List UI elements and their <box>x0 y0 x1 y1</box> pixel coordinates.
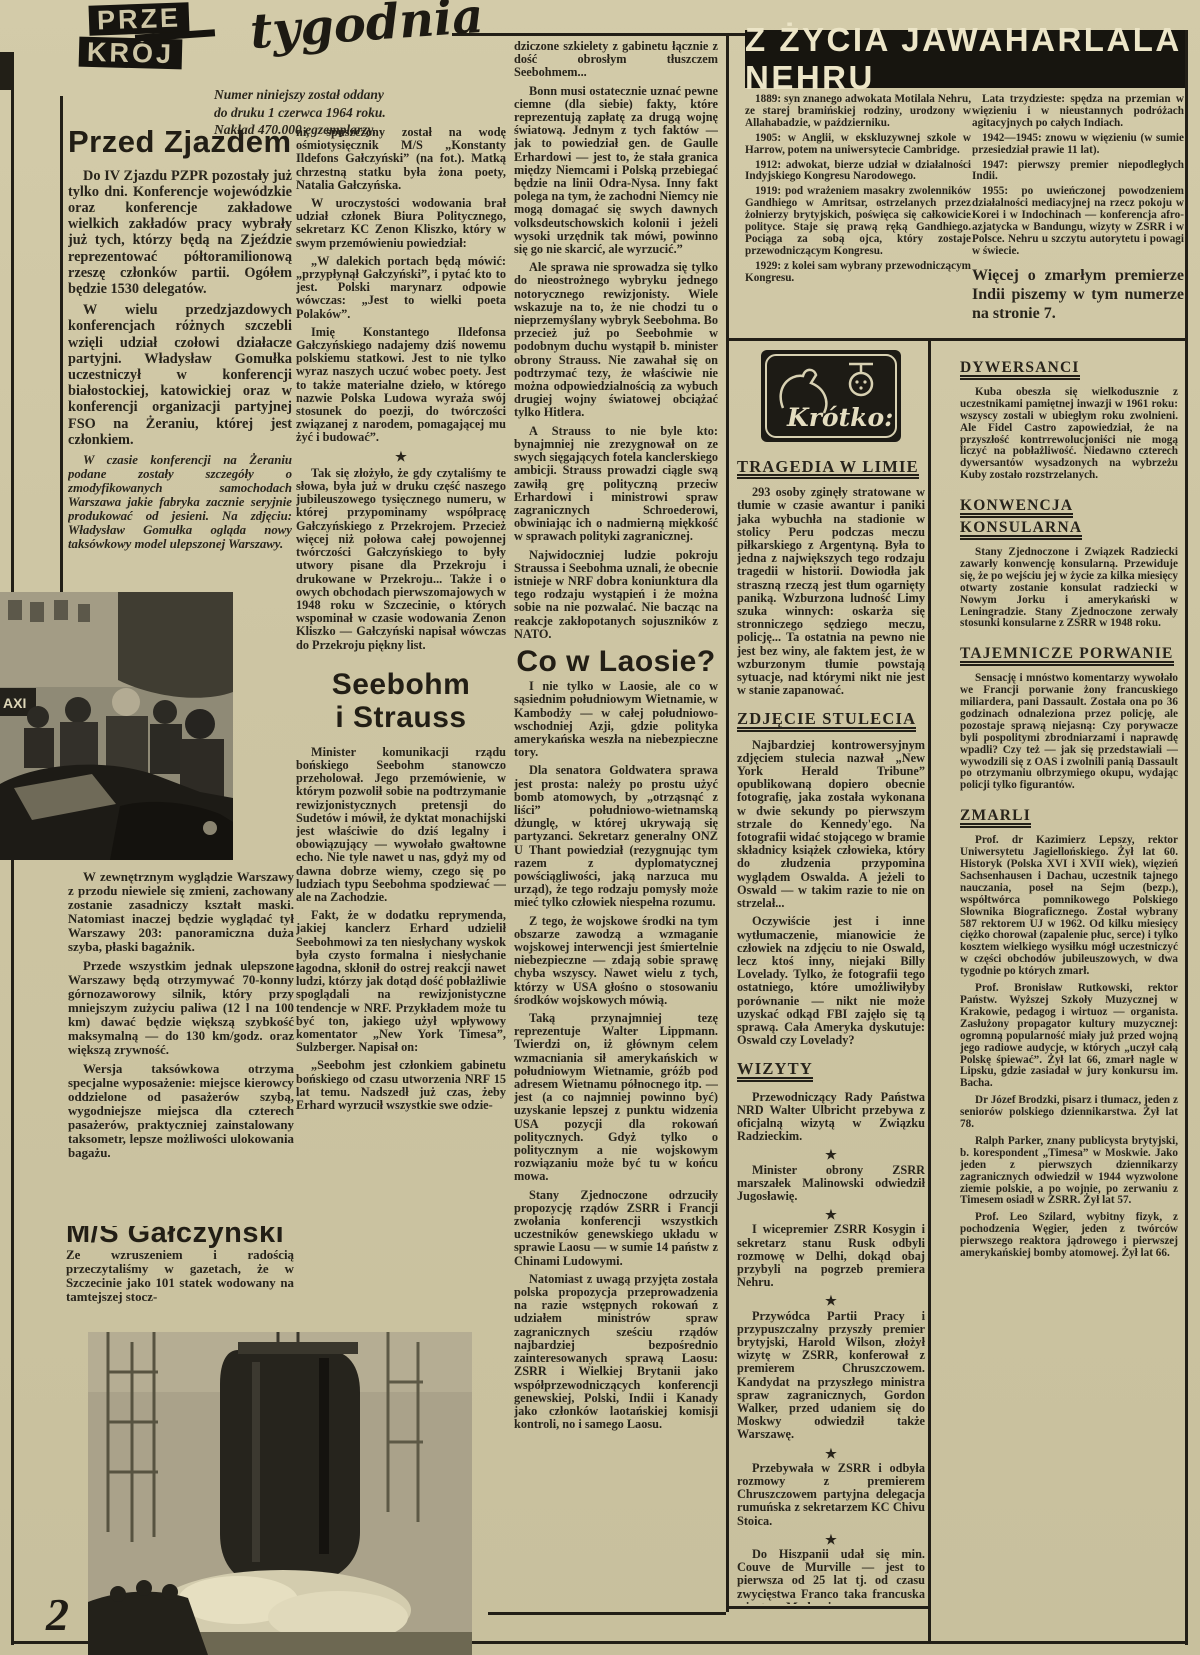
visit-item: ★ Przebywała w ZSRR i odbyła rozmowy z p… <box>737 1447 925 1528</box>
column-warszawa-continuation: W zewnętrznym wyglądzie Warszawy z przod… <box>68 870 294 1224</box>
masthead-logo: PRZE KRÓJ <box>75 2 245 82</box>
column-4: Krótko: TRAGEDIA W LIMIE 293 osoby zginę… <box>737 348 925 1604</box>
section-title-konwencja-2: KONSULARNA <box>960 522 1082 540</box>
body-paragraph: Taką przynajmniej tezę reprezentuje Walt… <box>514 1012 718 1184</box>
nehru-entry-year: 1929: <box>755 260 781 272</box>
column-2: ni, spuszczony został na wodę ośmiotysię… <box>296 126 506 1318</box>
star-separator: ★ <box>296 450 506 463</box>
body-paragraph: Najwidoczniej ludzie pokroju Straussa i … <box>514 549 718 641</box>
body-paragraph: Wersja taksówkowa otrzyma specjalne wypo… <box>68 1062 294 1160</box>
article-title-laos: Co w Laosie? <box>514 655 718 668</box>
body-paragraph: Ralph Parker, znany publicysta brytyjski… <box>960 1136 1178 1207</box>
section-title-zdjecie: ZDJĘCIE STULECIA <box>737 712 916 731</box>
body-paragraph: Stany Zjednoczone i Związek Radziecki za… <box>960 547 1178 630</box>
divider-col3-col4 <box>726 33 729 1612</box>
body-paragraph: „Seebohm jest członkiem gabinetu bońskie… <box>296 1059 506 1112</box>
article-title-galczynski: M/S Gałczyński <box>66 1226 294 1240</box>
article-title-seebohm: Seebohm i Strauss <box>296 668 506 734</box>
nehru-entry-year: 1905: <box>755 132 781 144</box>
photo-ship-launch <box>88 1332 472 1655</box>
visit-item: ★ Do Hiszpanii udał się min. Couve de Mu… <box>737 1533 925 1604</box>
visit-text: Do Hiszpanii udał się min. Couve de Murv… <box>737 1548 925 1604</box>
nehru-entry-year: 1942—1945: <box>982 132 1042 144</box>
krotko-logo: Krótko: <box>761 350 901 442</box>
body-paragraph: Oczywiście jest i inne wytłumaczenie, mi… <box>737 915 925 1047</box>
masthead-script-title: tygodnia <box>248 0 485 60</box>
wizyty-body: Przewodniczący Rady Państwa NRD Walter U… <box>737 1091 925 1604</box>
nehru-column-a: 1889: syn znanego adwokata Motilala Nehr… <box>745 94 971 338</box>
star-separator: ★ <box>737 1148 925 1161</box>
svg-text:Krótko:: Krótko: <box>786 403 893 432</box>
body-paragraph: W uroczystości wodowania brał udział czł… <box>296 197 506 250</box>
body-paragraph: W zewnętrznym wyglądzie Warszawy z przod… <box>68 870 294 954</box>
photo-gomulka-taxi-art: AXI <box>0 592 233 860</box>
zdjecie-body: Najbardziej kontrowersyjnym zdjęciem stu… <box>737 739 925 1048</box>
body-paragraph: Imię Konstantego Ildefonsa Gałczyńskiego… <box>296 326 506 445</box>
body-paragraph: Kuba obeszła się wielkodusznie z uczestn… <box>960 387 1178 482</box>
imprint-line: do druku 1 czerwca 1964 roku. <box>214 104 494 122</box>
star-separator: ★ <box>737 1294 925 1307</box>
visit-item: ★ Przywódca Partii Pracy i przypuszczaln… <box>737 1294 925 1441</box>
warszawa-body: W zewnętrznym wyglądzie Warszawy z przod… <box>68 870 294 1160</box>
nehru-entry-year: 1919: <box>755 185 781 197</box>
galczynski-lead-continuation: ni, spuszczony został na wodę ośmiotysię… <box>296 126 506 192</box>
body-paragraph: A Strauss to nie byle kto: bynajmniej ni… <box>514 425 718 544</box>
body-paragraph: Bonn musi ostatecznie uznać pewne ciemne… <box>514 85 718 257</box>
nehru-entries-b: Lata trzydzieste: spędza na przemian w w… <box>972 94 1184 258</box>
seebohm-body: Minister komunikacji rządu bońskiego See… <box>296 746 506 1112</box>
section-title-tragedia: TRAGEDIA W LIMIE <box>737 460 919 479</box>
body-paragraph: Dla senatora Goldwatera sprawa jest pros… <box>514 764 718 909</box>
zmarli-body: Prof. dr Kazimierz Lepszy, rektor Uniwer… <box>960 835 1178 1260</box>
visit-item: ★ I wicepremier ZSRR Kosygin i sekretarz… <box>737 1208 925 1289</box>
porwanie-body: Sensację i mnóstwo komentarzy wywołało w… <box>960 673 1178 792</box>
section-title-wizyty: WIZYTY <box>737 1062 813 1081</box>
body-paragraph: Natomiast z uwagą przyjęta została polsk… <box>514 1273 718 1431</box>
nehru-banner: Z ŻYCIA JAWAHARLALA NEHRU <box>745 30 1185 88</box>
seebohm-continuation: Bonn musi ostatecznie uznać pewne ciemne… <box>514 85 718 641</box>
body-paragraph: Sensację i mnóstwo komentarzy wywołało w… <box>960 673 1178 792</box>
body-paragraph: Prof. dr Kazimierz Lepszy, rektor Uniwer… <box>960 835 1178 978</box>
nehru-entry-year: Lata trzydzieste: <box>982 94 1065 105</box>
star-separator: ★ <box>737 1447 925 1460</box>
body-paragraph: 293 osoby zginęły stratowane w tłumie w … <box>737 486 925 697</box>
body-paragraph: Najbardziej kontrowersyjnym zdjęciem stu… <box>737 739 925 911</box>
body-paragraph: „W dalekich portach będą mówić: „przypły… <box>296 255 506 321</box>
col3-bottom-rule <box>488 1612 726 1615</box>
body-paragraph: Minister komunikacji rządu bońskiego See… <box>296 746 506 904</box>
newspaper-page: PRZE KRÓJ tygodnia Numer niniejszy zosta… <box>0 0 1200 1655</box>
nehru-underline-rule <box>726 338 1188 341</box>
nehru-entry: 1905: w Anglii, w ekskluzywnej szkole w … <box>745 133 971 157</box>
column-rule-left <box>60 96 63 592</box>
body-paragraph: Z tego, że wojskowe środki na tym obszar… <box>514 915 718 1007</box>
body-paragraph: Prof. Bronisław Rutkowski, rektor Państw… <box>960 983 1178 1090</box>
seebohm-continuation-lead: dziczone szkielety z gabinetu łącznie z … <box>514 40 718 80</box>
dywersanci-body: Kuba obeszła się wielkodusznie z uczestn… <box>960 387 1178 482</box>
body-paragraph: W wielu przedzjazdowych konferencjach ró… <box>68 302 292 448</box>
article-title-przed-zjazdem: Przed Zjazdem <box>68 126 292 158</box>
section-title-zmarli: ZMARLI <box>960 810 1031 828</box>
nehru-entry-year: 1947: <box>982 159 1008 171</box>
seebohm-title-line1: Seebohm <box>296 668 506 701</box>
laos-body: I nie tylko w Laosie, ale co w sąsiednim… <box>514 680 718 1431</box>
galczynski-after-star: Tak się złożyło, że gdy czytaliśmy te sł… <box>296 467 506 652</box>
star-separator: ★ <box>737 1533 925 1546</box>
body-paragraph: Fakt, że w dodatku reprymenda, jakiej ka… <box>296 909 506 1054</box>
body-paragraph: Do IV Zjazdu PZPR pozostały już tylko dn… <box>68 168 292 298</box>
galczynski-lead: Ze wzruszeniem i radością przeczytaliśmy… <box>66 1248 294 1304</box>
nehru-footer-note: Więcej o zmarłym premierze Indii piszemy… <box>972 266 1184 323</box>
nehru-entry: 1929: z kolei sam wybrany przewodniczący… <box>745 261 971 285</box>
body-paragraph: Dr Józef Brodzki, pisarz i tłumacz, jede… <box>960 1095 1178 1131</box>
visit-text: I wicepremier ZSRR Kosygin i sekretarz s… <box>737 1223 925 1289</box>
visit-text: Przebywała w ZSRR i odbyła rozmowy z pre… <box>737 1462 925 1528</box>
nehru-entry: 1889: syn znanego adwokata Motilala Nehr… <box>745 94 971 130</box>
body-paragraph: Ale sprawa nie sprowadza się tylko do ni… <box>514 261 718 419</box>
page-number: 2 <box>46 1588 69 1641</box>
seebohm-title-line2: i Strauss <box>296 701 506 734</box>
photo-ship-launch-art <box>88 1332 472 1655</box>
nehru-entry: 1919: pod wrażeniem masakry zwolenników … <box>745 186 971 257</box>
nehru-entry: 1947: pierwszy premier niepodległych Ind… <box>972 160 1184 184</box>
frame-right <box>1185 30 1188 1645</box>
logo-line-2: KRÓJ <box>79 37 183 70</box>
masthead-dash-rule <box>452 33 745 36</box>
nehru-entry: 1912: adwokat, bierze udział w działalno… <box>745 160 971 184</box>
star-separator: ★ <box>737 1208 925 1221</box>
photo-gomulka-taxi: AXI <box>0 592 233 860</box>
divider-col4-col5 <box>928 338 931 1643</box>
nehru-column-b: Lata trzydzieste: spędza na przemian w w… <box>972 94 1184 338</box>
tragedia-body: 293 osoby zginęły stratowane w tłumie w … <box>737 486 925 697</box>
visit-item: Przewodniczący Rady Państwa NRD Walter U… <box>737 1091 925 1144</box>
visit-item: ★ Minister obrony ZSRR marszałek Malinow… <box>737 1148 925 1203</box>
column-galczynski-head: M/S Gałczyński Ze wzruszeniem i radością… <box>66 1226 294 1330</box>
nehru-entry-year: 1912: <box>755 159 781 171</box>
konwencja-body: Stany Zjednoczone i Związek Radziecki za… <box>960 547 1178 630</box>
body-paragraph: Prof. Leo Szilard, wybitny fizyk, z poch… <box>960 1212 1178 1260</box>
section-title-porwanie: TAJEMNICZE PORWANIE <box>960 648 1174 666</box>
nehru-entries-a: 1889: syn znanego adwokata Motilala Nehr… <box>745 94 971 285</box>
photo-note: W czasie konferencji na Żeraniu podane z… <box>68 453 292 551</box>
krotko-logo-art: Krótko: <box>761 350 901 442</box>
col4-bottom-rule <box>729 1606 928 1609</box>
nehru-entry: 1942—1945: znowu w więzieniu (w sumie pr… <box>972 133 1184 157</box>
imprint-line: Numer niniejszy został oddany <box>214 86 494 104</box>
visit-text: Minister obrony ZSRR marszałek Malinowsk… <box>737 1164 925 1204</box>
column-5: DYWERSANCI Kuba obeszła się wielkoduszni… <box>960 352 1178 1636</box>
frame-left <box>11 86 14 1645</box>
svg-text:AXI: AXI <box>3 695 26 711</box>
nehru-entry-year: 1889: <box>755 94 781 105</box>
section-title-konwencja-1: KONWENCJA <box>960 500 1073 518</box>
column-przed-zjazdem: Przed Zjazdem Do IV Zjazdu PZPR pozostał… <box>68 126 292 592</box>
body-paragraph: Stany Zjednoczone odrzuciły propozycję r… <box>514 1189 718 1268</box>
edge-tab <box>0 52 14 90</box>
nehru-entry-year: 1955: <box>982 185 1008 197</box>
przed-zjazdem-body: Do IV Zjazdu PZPR pozostały już tylko dn… <box>68 168 292 448</box>
body-paragraph: Przede wszystkim jednak ulepszone Warsza… <box>68 959 294 1057</box>
body-paragraph: I nie tylko w Laosie, ale co w sąsiednim… <box>514 680 718 759</box>
nehru-entry: 1955: po uwieńczonej powodzeniem działal… <box>972 186 1184 257</box>
nehru-entry: Lata trzydzieste: spędza na przemian w w… <box>972 94 1184 130</box>
galczynski-body: W uroczystości wodowania brał udział czł… <box>296 197 506 445</box>
column-3: dziczone szkielety z gabinetu łącznie z … <box>514 40 718 1606</box>
section-title-dywersanci: DYWERSANCI <box>960 362 1080 380</box>
visit-text: Przywódca Partii Pracy i przypuszczalny … <box>737 1310 925 1442</box>
visit-text: Przewodniczący Rady Państwa NRD Walter U… <box>737 1091 925 1144</box>
